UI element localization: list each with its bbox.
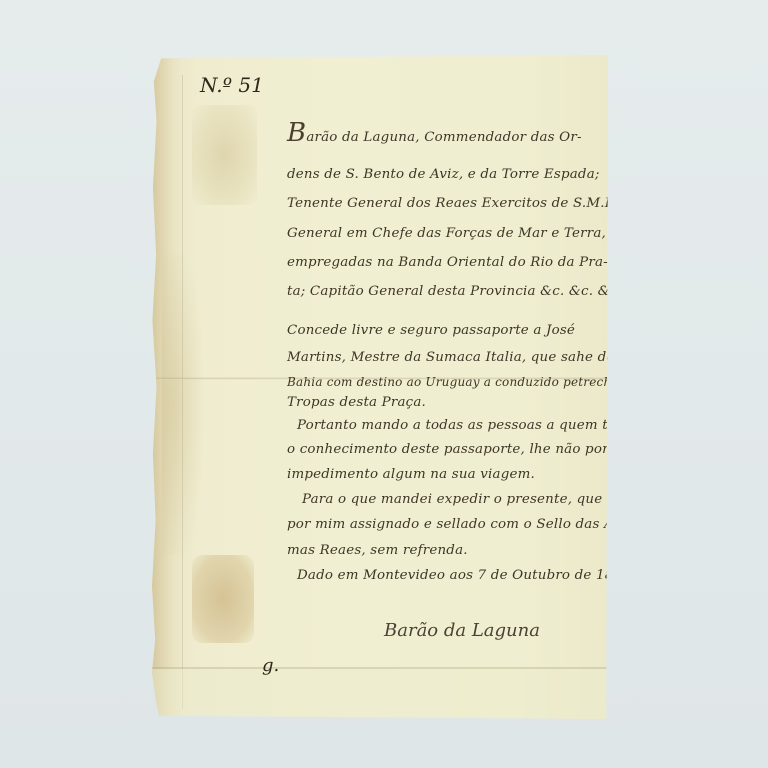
stain-top-left	[192, 105, 257, 205]
body-line-2: Martins, Mestre da Sumaca Italia, que sa…	[287, 350, 635, 365]
heading-line-5: empregadas na Banda Oriental do Rio da P…	[287, 255, 608, 270]
heading-line-4: General em Chefe das Forças de Mar e Ter…	[287, 226, 606, 241]
document-number: N.º 51	[200, 73, 264, 97]
body-line-4: Tropas desta Praça.	[287, 395, 426, 410]
body-line-5: Portanto mando a todas as pessoas a quem…	[297, 418, 639, 433]
heading-line-1: BBarão da Laguna, Commendador das Or-arã…	[287, 118, 582, 148]
body-line-11-date: Dado em Montevideo aos 7 de Outubro de 1…	[297, 568, 631, 583]
body-line-8: Para o que mandei expedir o presente, qu…	[302, 492, 627, 507]
heading-text-1-rest: arão da Laguna, Commendador das Or-	[306, 130, 581, 145]
body-line-9: por mim assignado e sellado com o Sello …	[287, 517, 625, 532]
heading-line-3: Tenente General dos Reaes Exercitos de S…	[287, 196, 621, 211]
page-mark: g.	[262, 655, 279, 676]
stain-left-edge	[162, 255, 202, 555]
body-line-10: mas Reaes, sem refrenda.	[287, 543, 468, 558]
body-line-7: impedimento algum na sua viagem.	[287, 467, 535, 482]
bottom-fold	[152, 667, 608, 669]
heading-line-2: dens de S. Bento de Aviz, e da Torre Esp…	[287, 167, 600, 182]
heading-line-6: ta; Capitão General desta Provincia &c. …	[287, 284, 622, 299]
bottom-fold-strip	[152, 669, 608, 719]
stain-bottom-left	[192, 555, 254, 643]
body-line-3: Bahia com destino ao Uruguay a conduzido…	[287, 375, 651, 389]
body-line-6: o conhecimento deste passaporte, lhe não…	[287, 442, 636, 457]
signature: Barão da Laguna	[384, 620, 540, 641]
body-line-1: Concede livre e seguro passaporte a José	[287, 323, 575, 338]
manuscript-page: N.º 51 BBarão da Laguna, Commendador das…	[152, 55, 608, 719]
